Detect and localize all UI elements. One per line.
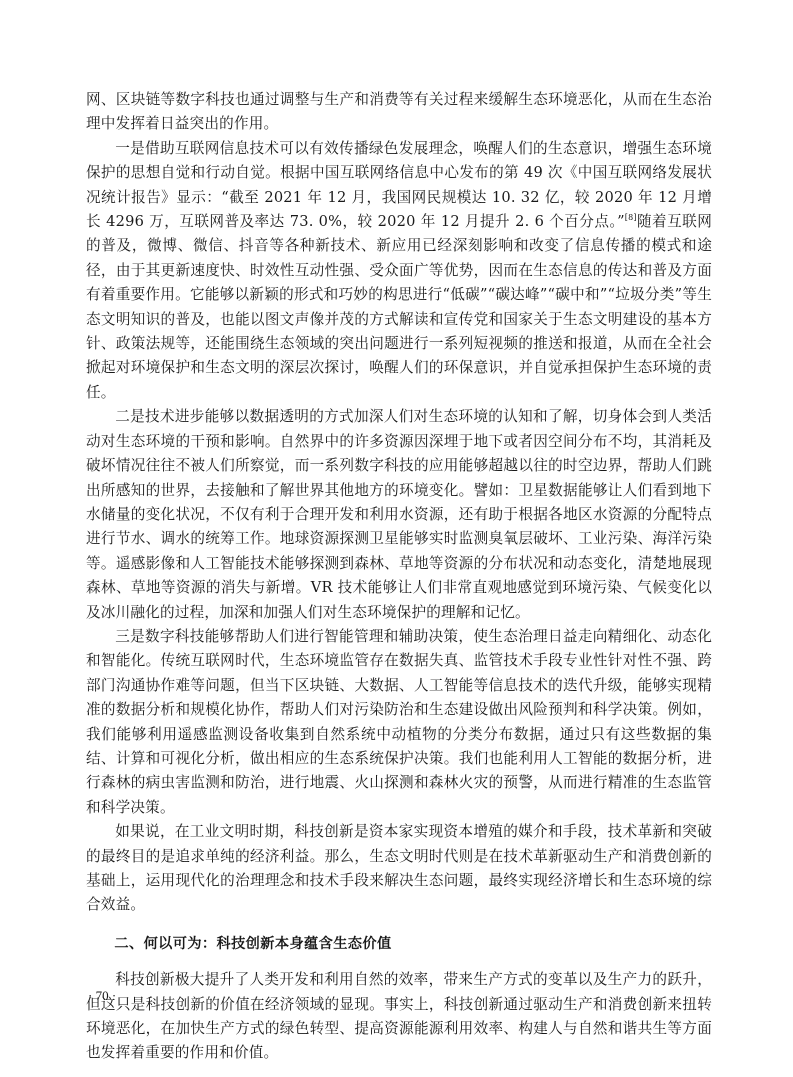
paragraph-text: 随着互联网的普及，微博、微信、抖音等各种新技术、新应用已经深刻影响和改变了信息传… [86,213,712,401]
document-page: 网、区块链等数字科技也通过调整与生产和消费等有关过程来缓解生态环境恶化，从而在生… [86,88,712,1066]
footnote-reference[interactable]: [8] [625,213,637,222]
paragraph-innovation-value: 科技创新极大提升了人类开发和利用自然的效率，带来生产方式的变革以及生产力的跃升，… [86,968,712,1066]
paragraph-smart-management: 三是数字科技能够帮助人们进行智能管理和辅助决策，使生态治理日益走向精细化、动态化… [86,625,712,820]
section-heading: 二、何以可为：科技创新本身蕴含生态价值 [86,932,712,956]
paragraph-internet-awareness: 一是借助互联网信息技术可以有效传播绿色发展理念，唤醒人们的生态意识，增强生态环境… [86,137,712,405]
paragraph-continuation: 网、区块链等数字科技也通过调整与生产和消费等有关过程来缓解生态环境恶化，从而在生… [86,88,712,137]
page-number: · 70 · [88,988,116,1004]
paragraph-industrial-vs-ecological: 如果说，在工业文明时期，科技创新是资本家实现资本增殖的媒介和手段，技术革新和突破… [86,820,712,918]
paragraph-text: 一是借助互联网信息技术可以有效传播绿色发展理念，唤醒人们的生态意识，增强生态环境… [86,140,712,230]
paragraph-data-transparency: 二是技术进步能够以数据透明的方式加深人们对生态环境的认知和了解，切身体会到人类活… [86,405,712,625]
